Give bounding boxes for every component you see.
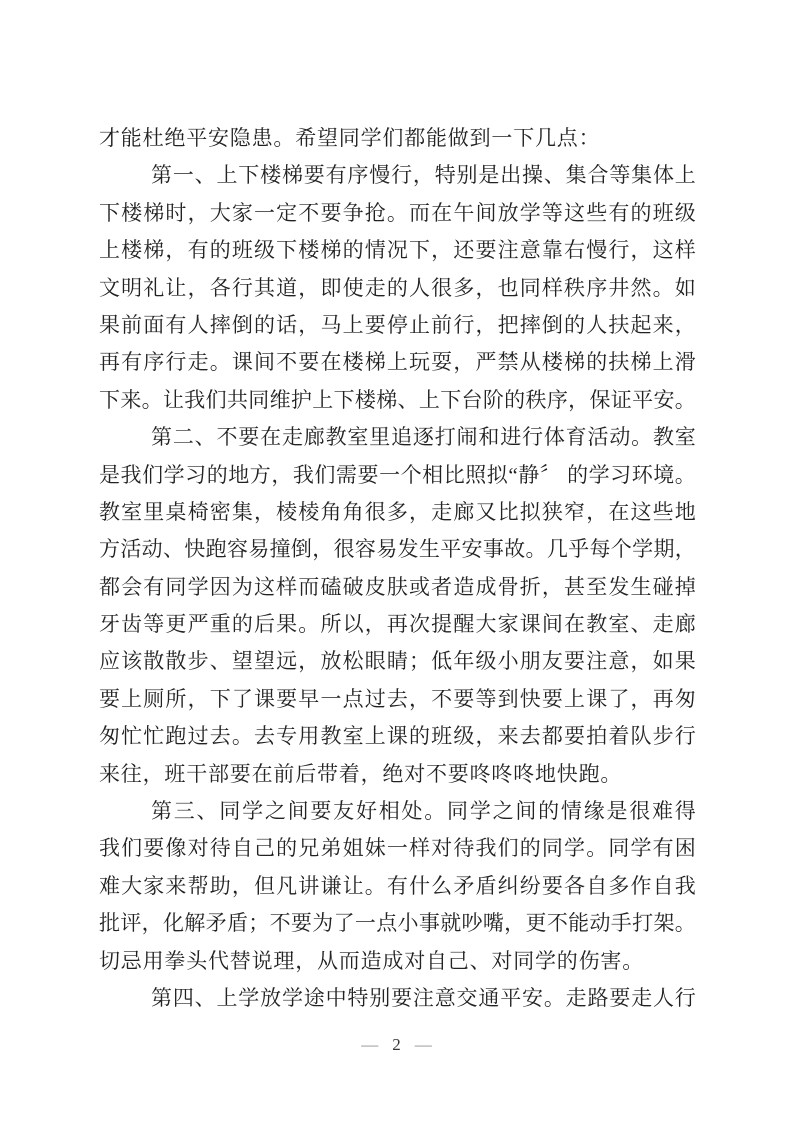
text-line: 匆忙忙跑过去。去专用教室上课的班级，来去都要拍着队步行	[99, 718, 696, 755]
text-line: 应该散散步、望望远，放松眼睛；低年级小朋友要注意，如果	[99, 643, 696, 680]
text-line: 上楼梯，有的班级下楼梯的情况下，还要注意靠右慢行，这样	[99, 232, 696, 269]
text-line: 第二、不要在走廊教室里追逐打闹和进行体育活动。教室	[99, 419, 696, 456]
text-line: 方活动、快跑容易撞倒，很容易发生平安事故。几乎每个学期，	[99, 531, 696, 568]
text-line: 牙齿等更严重的后果。所以，再次提醒大家课间在教室、走廊	[99, 606, 696, 643]
document-body: 才能杜绝平安隐患。希望同学们都能做到一下几点：第一、上下楼梯要有序慢行，特别是出…	[99, 120, 696, 1017]
page-footer: —2—	[0, 1033, 793, 1057]
page-number: 2	[392, 1035, 401, 1054]
text-line: 下楼梯时，大家一定不要争抢。而在午间放学等这些有的班级	[99, 195, 696, 232]
text-line: 再有序行走。课间不要在楼梯上玩耍，严禁从楼梯的扶梯上滑	[99, 344, 696, 381]
text-line: 批评，化解矛盾；不要为了一点小事就吵嘴，更不能动手打架。	[99, 905, 696, 942]
footer-left-dash: —	[361, 1035, 378, 1054]
text-line: 切忌用拳头代替说理，从而造成对自己、对同学的伤害。	[99, 943, 696, 980]
text-line: 第三、同学之间要友好相处。同学之间的情缘是很难得的，	[99, 793, 696, 830]
text-line: 第四、上学放学途中特别要注意交通平安。走路要走人行	[99, 980, 696, 1017]
document-page: 才能杜绝平安隐患。希望同学们都能做到一下几点：第一、上下楼梯要有序慢行，特别是出…	[0, 0, 793, 1122]
text-line: 果前面有人摔倒的话，马上要停止前行，把摔倒的人扶起来，	[99, 307, 696, 344]
text-line: 文明礼让，各行其道，即使走的人很多，也同样秩序井然。如	[99, 270, 696, 307]
text-line: 下来。让我们共同维护上下楼梯、上下台阶的秩序，保证平安。	[99, 382, 696, 419]
text-line: 要上厕所，下了课要早一点过去，不要等到快要上课了，再匆	[99, 681, 696, 718]
text-line: 来往，班干部要在前后带着，绝对不要咚咚咚地快跑。	[99, 756, 696, 793]
text-line: 才能杜绝平安隐患。希望同学们都能做到一下几点：	[99, 120, 696, 157]
text-line: 难大家来帮助，但凡讲谦让。有什么矛盾纠纷要各自多作自我	[99, 868, 696, 905]
footer-right-dash: —	[415, 1035, 432, 1054]
text-line: 是我们学习的地方，我们需要一个相比照拟“静〞 的学习环境。	[99, 457, 696, 494]
text-line: 都会有同学因为这样而磕破皮肤或者造成骨折，甚至发生碰掉	[99, 569, 696, 606]
text-line: 教室里桌椅密集，棱棱角角很多，走廊又比拟狭窄，在这些地	[99, 494, 696, 531]
text-line: 我们要像对待自己的兄弟姐妹一样对待我们的同学。同学有困	[99, 830, 696, 867]
text-line: 第一、上下楼梯要有序慢行，特别是出操、集合等集体上	[99, 157, 696, 194]
